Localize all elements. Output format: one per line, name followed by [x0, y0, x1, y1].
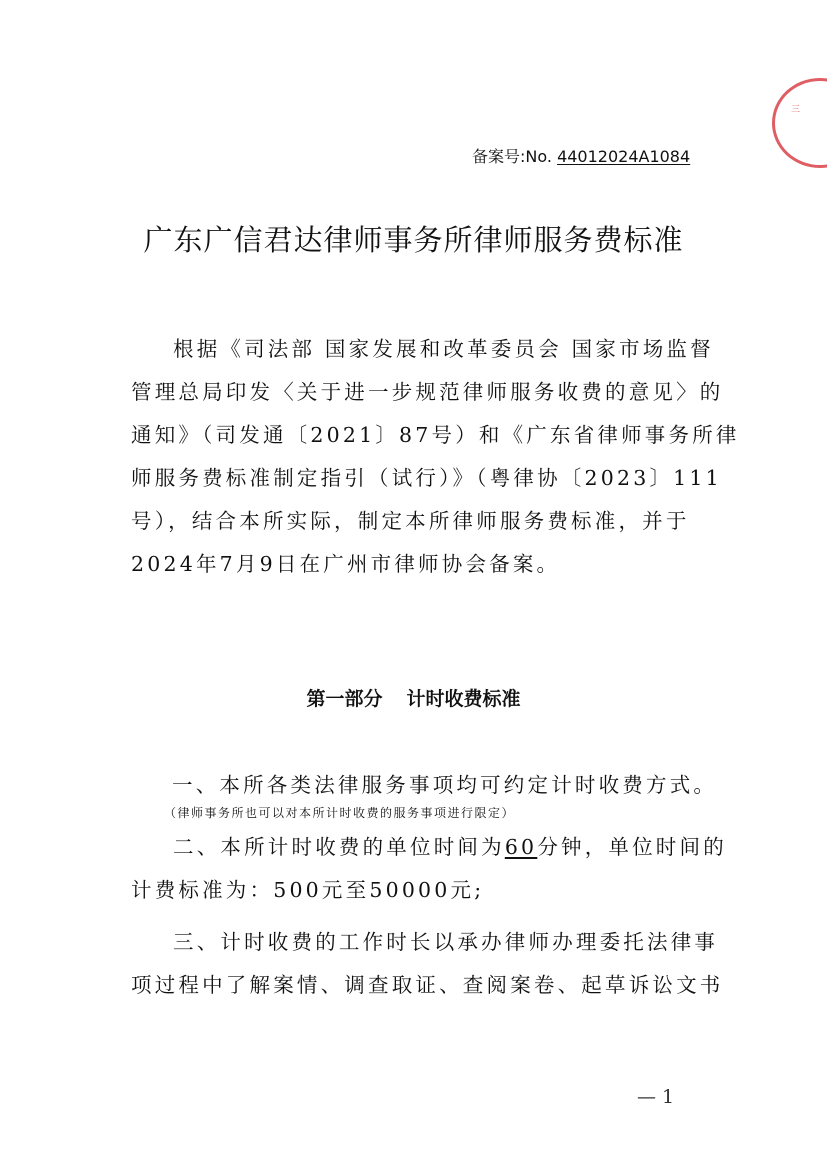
- clause-1-note: （律师事务所也可以对本所计时收费的服务事项进行限定）: [164, 804, 515, 821]
- filing-number-value: 44012024A1084: [557, 147, 704, 166]
- document-title: 广东广信君达律师事务所律师服务费标准: [0, 218, 827, 259]
- clause-3-line-2: 项过程中了解案情、调查取证、查阅案卷、起草诉讼文书: [131, 964, 703, 1007]
- intro-line: 管理总局印发〈关于进一步规范律师服务收费的意见〉的: [131, 371, 703, 414]
- clause-3-line-1: 三、计时收费的工作时长以承办律师办理委托法律事: [131, 921, 703, 964]
- intro-line: 2024年7月9日在广州市律师协会备案。: [131, 543, 703, 586]
- intro-paragraph: 根据《司法部 国家发展和改革委员会 国家市场监督 管理总局印发〈关于进一步规范律…: [131, 328, 703, 586]
- intro-line: 号），结合本所实际，制定本所律师服务费标准，并于: [131, 500, 703, 543]
- filing-number: 备案号:No. 44012024A1084: [472, 144, 704, 167]
- clause-2-suffix: 分钟，单位时间的: [537, 835, 727, 859]
- page-number: — 1: [637, 1086, 674, 1108]
- clause-2-prefix: 二、本所计时收费的单位时间为: [173, 835, 505, 859]
- unit-time-value: 60: [505, 835, 538, 859]
- intro-line: 师服务费标准制定指引（试行）》（粤律协〔2023〕111: [131, 457, 703, 500]
- red-seal-stamp: [772, 78, 827, 168]
- clause-1: 一、本所各类法律服务事项均可约定计时收费方式。: [172, 768, 717, 798]
- intro-line: 通知》（司发通〔2021〕87号）和《广东省律师事务所律: [131, 414, 703, 457]
- clause-2: 二、本所计时收费的单位时间为60分钟，单位时间的 计费标准为：500元至5000…: [131, 826, 703, 912]
- clause-2-line-2: 计费标准为：500元至50000元;: [131, 869, 703, 912]
- clause-2-line-1: 二、本所计时收费的单位时间为60分钟，单位时间的: [131, 826, 703, 869]
- intro-line: 根据《司法部 国家发展和改革委员会 国家市场监督: [131, 328, 703, 371]
- section-heading: 第一部分计时收费标准: [0, 684, 827, 711]
- filing-label: 备案号:No.: [472, 147, 552, 166]
- section-part: 第一部分: [306, 688, 382, 710]
- seal-text: 三: [788, 104, 801, 113]
- clause-3: 三、计时收费的工作时长以承办律师办理委托法律事 项过程中了解案情、调查取证、查阅…: [131, 921, 703, 1007]
- section-name: 计时收费标准: [407, 688, 521, 710]
